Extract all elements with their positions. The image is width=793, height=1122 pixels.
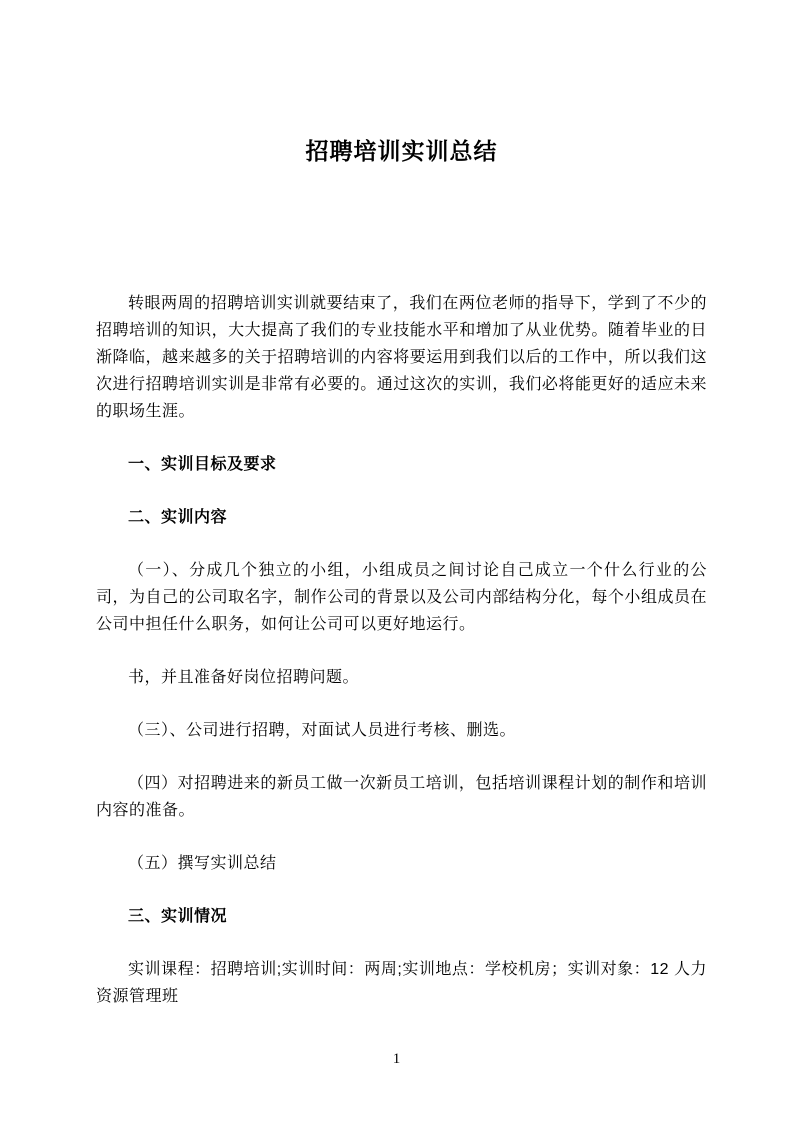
document-title: 招聘培训实训总结 xyxy=(96,0,707,166)
document-page: 招聘培训实训总结 转眼两周的招聘培训实训就要结束了，我们在两位老师的指导下，学到… xyxy=(0,0,793,1122)
paragraph-course-info: 实训课程：招聘培训;实训时间：两周;实训地点：学校机房；实训对象：12 人力资源… xyxy=(96,956,707,1010)
paragraph-item-4: （四）对招聘进来的新员工做一次新员工培训，包括培训课程计划的制作和培训内容的准备… xyxy=(96,770,707,824)
section-heading-3: 三、实训情况 xyxy=(96,903,707,930)
paragraph-item-2: 书，并且准备好岗位招聘问题。 xyxy=(96,664,707,691)
paragraph-item-1: （一）、分成几个独立的小组，小组成员之间讨论自己成立一个什么行业的公司，为自己的… xyxy=(96,557,707,638)
section-heading-2: 二、实训内容 xyxy=(96,504,707,531)
section-heading-1: 一、实训目标及要求 xyxy=(96,451,707,478)
document-content: 招聘培训实训总结 转眼两周的招聘培训实训就要结束了，我们在两位老师的指导下，学到… xyxy=(0,0,793,1010)
paragraph-intro: 转眼两周的招聘培训实训就要结束了，我们在两位老师的指导下，学到了不少的招聘培训的… xyxy=(96,290,707,425)
paragraph-item-3: （三）、公司进行招聘，对面试人员进行考核、删选。 xyxy=(96,717,707,744)
page-number: 1 xyxy=(0,1046,793,1073)
paragraph-item-5: （五）撰写实训总结 xyxy=(96,850,707,877)
